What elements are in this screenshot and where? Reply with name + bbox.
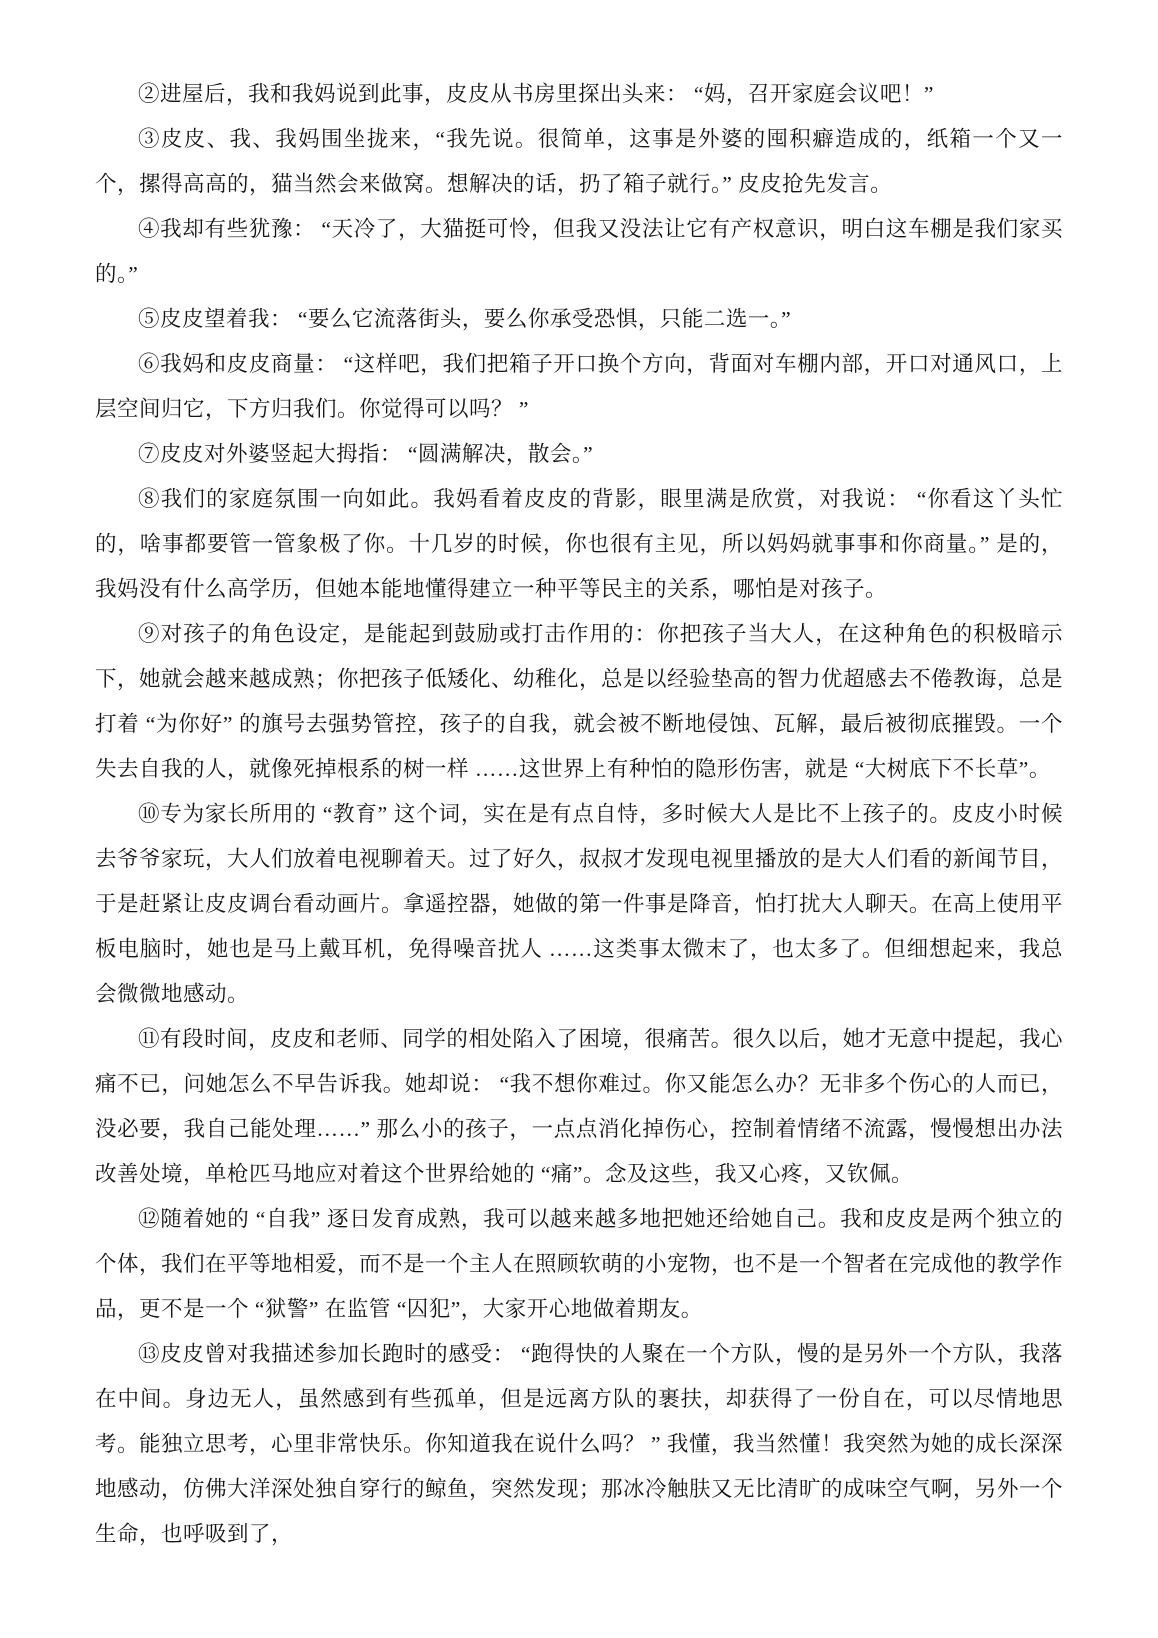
paragraph-8: ⑧我们的家庭氛围一向如此。我妈看着皮皮的背影，眼里满是欣赏，对我说： “你看这丫…	[95, 477, 1063, 612]
paragraph-3: ③皮皮、我、我妈围坐拢来，“我先说。很简单，这事是外婆的囤积癖造成的，纸箱一个又…	[95, 117, 1063, 207]
paragraph-2: ②进屋后，我和我妈说到此事，皮皮从书房里探出头来： “妈，召开家庭会议吧！”	[95, 72, 1063, 117]
passage-body: ②进屋后，我和我妈说到此事，皮皮从书房里探出头来： “妈，召开家庭会议吧！” ③…	[0, 0, 1158, 1557]
paragraph-13: ⑬皮皮曾对我描述参加长跑时的感受： “跑得快的人聚在一个方队，慢的是另外一个方队…	[95, 1332, 1063, 1557]
document-page: ②进屋后，我和我妈说到此事，皮皮从书房里探出头来： “妈，召开家庭会议吧！” ③…	[0, 0, 1158, 1638]
paragraph-7: ⑦皮皮对外婆竖起大拇指： “圆满解决，散会。”	[95, 432, 1063, 477]
paragraph-5: ⑤皮皮望着我： “要么它流落街头，要么你承受恐惧，只能二选一。”	[95, 297, 1063, 342]
paragraph-12: ⑫随着她的 “自我” 逐日发育成熟，我可以越来越多地把她还给她自己。我和皮皮是两…	[95, 1197, 1063, 1332]
paragraph-10: ⑩专为家长所用的 “教育” 这个词，实在是有点自恃，多时候大人是比不上孩子的。皮…	[95, 792, 1063, 1017]
paragraph-4: ④我却有些犹豫： “天冷了，大猫挺可怜，但我又没法让它有产权意识，明白这车棚是我…	[95, 207, 1063, 297]
paragraph-9: ⑨对孩子的角色设定，是能起到鼓励或打击作用的：你把孩子当大人，在这种角色的积极暗…	[95, 612, 1063, 792]
paragraph-6: ⑥我妈和皮皮商量： “这样吧，我们把箱子开口换个方向，背面对车棚内部，开口对通风…	[95, 342, 1063, 432]
paragraph-11: ⑪有段时间，皮皮和老师、同学的相处陷入了困境，很痛苦。很久以后，她才无意中提起，…	[95, 1017, 1063, 1197]
